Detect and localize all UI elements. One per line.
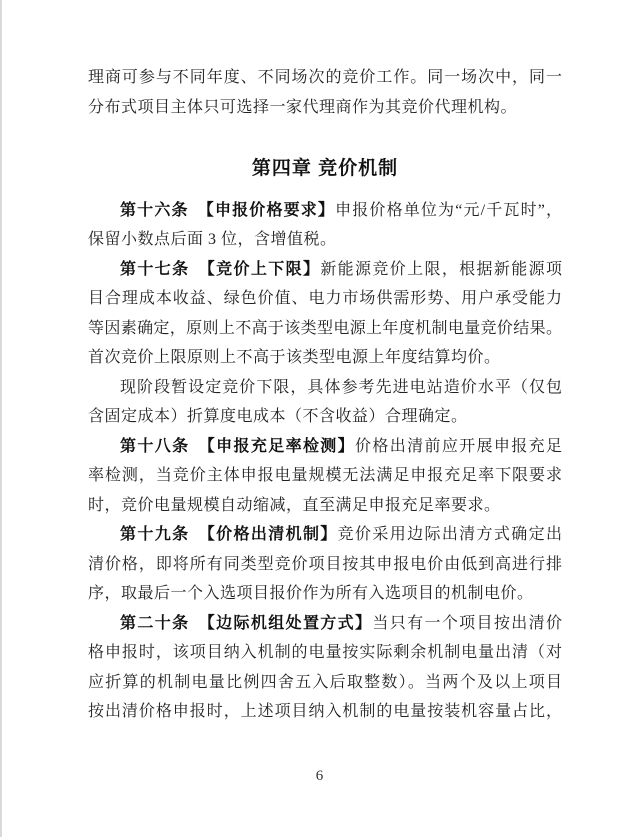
text-line: 保留小数点后面 3 位，含增值税。 bbox=[88, 225, 562, 255]
text-line: 分布式项目主体只可选择一家代理商作为其竞价代理机构。 bbox=[88, 93, 562, 123]
text-line: 率检测，当竞价主体申报电量规模无法满足申报充足率下限要求 bbox=[88, 461, 562, 491]
text-line: 第十八条 【申报充足率检测】价格出清前应开展申报充足 bbox=[88, 432, 562, 462]
bold-text-segment: 第十八条 【申报充足率检测】 bbox=[120, 438, 355, 455]
text-segment: 当只有一个项目按出清价 bbox=[372, 615, 562, 632]
chapter-heading: 第四章 竞价机制 bbox=[88, 154, 562, 184]
text-segment: 清价格，即将所有同类型竞价项目按其申报电价由低到高进行排 bbox=[88, 556, 562, 573]
bold-text-segment: 第十九条 【价格出清机制】 bbox=[120, 526, 338, 543]
text-segment: 价格出清前应开展申报充足 bbox=[355, 438, 562, 455]
page-number: 6 bbox=[2, 768, 637, 785]
text-segment: 按出清价格申报时，上述项目纳入机制的电量按装机容量占比， bbox=[88, 703, 562, 720]
bold-text-segment: 第四章 竞价机制 bbox=[252, 158, 398, 179]
text-line: 首次竞价上限原则上不高于该类型电源上年度结算均价。 bbox=[88, 343, 562, 373]
text-line: 序，取最后一个入选项目报价作为所有入选项目的机制电价。 bbox=[88, 579, 562, 609]
text-line: 理商可参与不同年度、不同场次的竞价工作。同一场次中，同一 bbox=[88, 63, 562, 93]
text-line: 含固定成本）折算度电成本（不含收益）合理确定。 bbox=[88, 402, 562, 432]
text-line: 应折算的机制电量比例四舍五入后取整数）。当两个及以上项目 bbox=[88, 668, 562, 698]
text-segment: 理商可参与不同年度、不同场次的竞价工作。同一场次中，同一 bbox=[88, 69, 562, 86]
text-segment: 首次竞价上限原则上不高于该类型电源上年度结算均价。 bbox=[88, 349, 501, 366]
text-segment: 申报价格单位为“元/千瓦时”， bbox=[335, 202, 562, 219]
text-line: 目合理成本收益、绿色价值、电力市场供需形势、用户承受能力 bbox=[88, 284, 562, 314]
text-segment: 含固定成本）折算度电成本（不含收益）合理确定。 bbox=[88, 408, 468, 425]
text-segment: 序，取最后一个入选项目报价作为所有入选项目的机制电价。 bbox=[88, 585, 534, 602]
text-segment: 目合理成本收益、绿色价值、电力市场供需形势、用户承受能力 bbox=[88, 290, 562, 307]
document-body: 理商可参与不同年度、不同场次的竞价工作。同一场次中，同一分布式项目主体只可选择一… bbox=[88, 63, 562, 727]
text-segment: 分布式项目主体只可选择一家代理商作为其竞价代理机构。 bbox=[88, 99, 517, 116]
text-segment: 新能源竞价上限，根据新能源项 bbox=[320, 261, 562, 278]
text-segment: 竞价采用边际出清方式确定出 bbox=[338, 526, 562, 543]
text-line: 第二十条 【边际机组处置方式】当只有一个项目按出清价 bbox=[88, 609, 562, 639]
text-line: 时，竞价电量规模自动缩减，直至满足申报充足率要求。 bbox=[88, 491, 562, 521]
bold-text-segment: 第二十条 【边际机组处置方式】 bbox=[120, 615, 372, 632]
text-line: 按出清价格申报时，上述项目纳入机制的电量按装机容量占比， bbox=[88, 697, 562, 727]
text-line: 第十九条 【价格出清机制】竞价采用边际出清方式确定出 bbox=[88, 520, 562, 550]
text-line: 现阶段暂设定竞价下限，具体参考先进电站造价水平（仅包 bbox=[88, 373, 562, 403]
text-line: 等因素确定，原则上不高于该类型电源上年度机制电量竞价结果。 bbox=[88, 314, 562, 344]
bold-text-segment: 第十七条 【竞价上下限】 bbox=[120, 261, 320, 278]
text-line: 格申报时，该项目纳入机制的电量按实际剩余机制电量出清（对 bbox=[88, 638, 562, 668]
text-segment: 时，竞价电量规模自动缩减，直至满足申报充足率要求。 bbox=[88, 497, 501, 514]
bold-text-segment: 第十六条 【申报价格要求】 bbox=[120, 202, 335, 219]
text-segment: 等因素确定，原则上不高于该类型电源上年度机制电量竞价结果。 bbox=[88, 320, 562, 337]
text-segment: 保留小数点后面 3 位，含增值税。 bbox=[88, 231, 337, 248]
text-line: 清价格，即将所有同类型竞价项目按其申报电价由低到高进行排 bbox=[88, 550, 562, 580]
text-line: 第十七条 【竞价上下限】新能源竞价上限，根据新能源项 bbox=[88, 255, 562, 285]
text-line: 第十六条 【申报价格要求】申报价格单位为“元/千瓦时”， bbox=[88, 196, 562, 226]
text-segment: 率检测，当竞价主体申报电量规模无法满足申报充足率下限要求 bbox=[88, 467, 562, 484]
text-segment: 现阶段暂设定竞价下限，具体参考先进电站造价水平（仅包 bbox=[120, 379, 562, 396]
text-segment: 应折算的机制电量比例四舍五入后取整数）。当两个及以上项目 bbox=[88, 674, 562, 691]
document-page: 理商可参与不同年度、不同场次的竞价工作。同一场次中，同一分布式项目主体只可选择一… bbox=[0, 0, 637, 837]
text-segment: 格申报时，该项目纳入机制的电量按实际剩余机制电量出清（对 bbox=[88, 644, 562, 661]
